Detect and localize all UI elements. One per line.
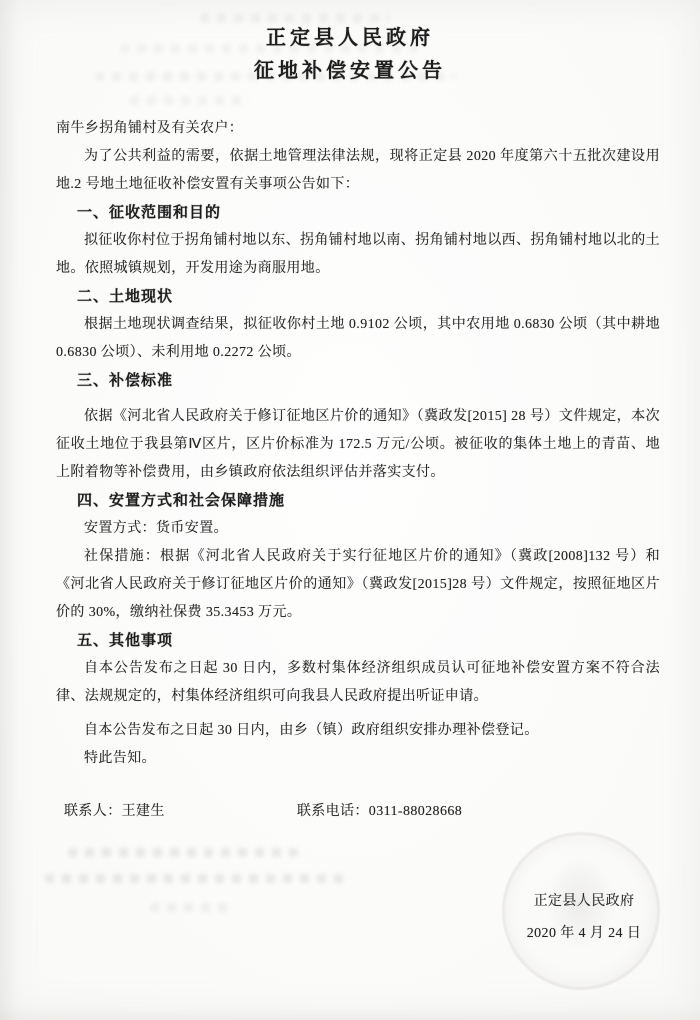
document-body: 南牛乡拐角铺村及有关农户： 为了公共利益的需要，依据土地管理法律法规，现将正定县…: [56, 115, 660, 950]
section-2-heading: 二、土地现状: [56, 283, 660, 311]
section-4-heading: 四、安置方式和社会保障措施: [56, 487, 660, 515]
salutation: 南牛乡拐角铺村及有关农户：: [56, 115, 660, 143]
bleedthrough-smudge: [130, 96, 250, 105]
contact-phone: 联系电话：0311-88028668: [297, 798, 462, 826]
document-title: 正定县人民政府 征地补偿安置公告: [0, 0, 700, 88]
section-5-paragraph-2: 自本公告发布之日起 30 日内，由乡（镇）政府组织安排办理补偿登记。: [56, 717, 660, 745]
contact-row: 联系人：王建生 联系电话：0311-88028668: [56, 798, 660, 826]
section-1-heading: 一、征收范围和目的: [56, 199, 660, 227]
section-4-paragraph-1: 安置方式：货币安置。: [56, 515, 660, 543]
section-5-heading: 五、其他事项: [56, 627, 660, 655]
title-line-1: 正定县人民政府: [0, 22, 700, 55]
scanned-announcement-page: 正定县人民政府 征地补偿安置公告 南牛乡拐角铺村及有关农户： 为了公共利益的需要…: [0, 0, 700, 1020]
signature-block: 正定县人民政府 2020 年 4 月 24 日: [508, 886, 660, 950]
signature-date: 2020 年 4 月 24 日: [508, 918, 660, 950]
section-2-paragraph: 根据土地现状调查结果，拟征收你村土地 0.9102 公顷，其中农用地 0.683…: [56, 311, 660, 367]
section-4-paragraph-2: 社保措施：根据《河北省人民政府关于实行征地区片价的通知》（冀政[2008]132…: [56, 543, 660, 627]
section-3-heading: 三、补偿标准: [56, 367, 660, 395]
closing-note: 特此告知。: [56, 745, 660, 773]
section-1-paragraph: 拟征收你村位于拐角铺村地以东、拐角铺村地以南、拐角铺村地以西、拐角铺村地以北的土…: [56, 227, 660, 283]
section-3-paragraph: 依据《河北省人民政府关于修订征地区片价的通知》（冀政发[2015] 28 号）文…: [56, 403, 660, 487]
intro-paragraph: 为了公共利益的需要，依据土地管理法律法规，现将正定县 2020 年度第六十五批次…: [56, 143, 660, 199]
contact-person: 联系人：王建生: [64, 798, 165, 826]
signature-issuer: 正定县人民政府: [508, 886, 660, 918]
title-line-2: 征地补偿安置公告: [0, 55, 700, 88]
section-5-paragraph-1: 自本公告发布之日起 30 日内，多数村集体经济组织成员认可征地补偿安置方案不符合…: [56, 655, 660, 711]
